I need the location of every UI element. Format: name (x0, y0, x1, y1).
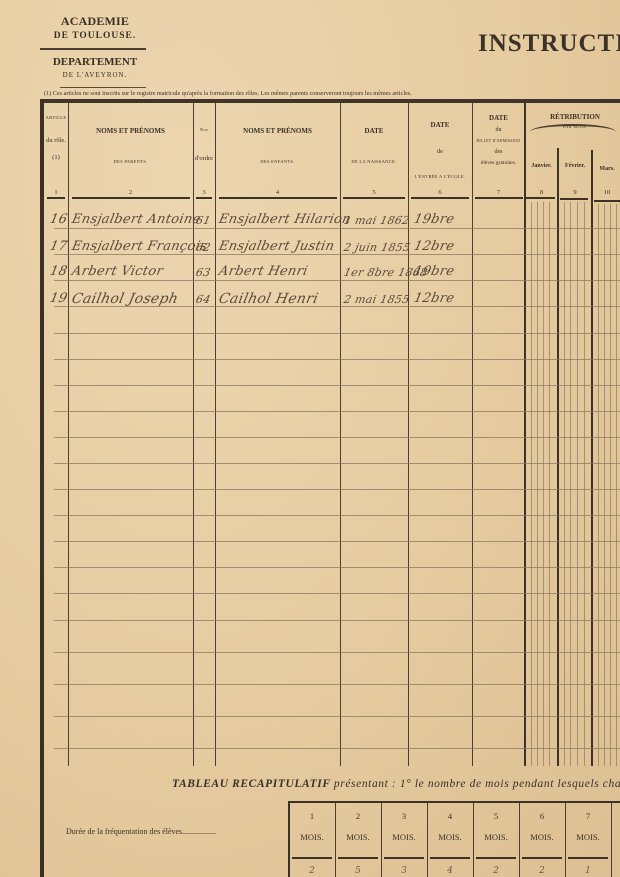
academie-heading: ACADEMIE (40, 14, 150, 29)
month-value: 4 (428, 866, 472, 876)
departement-heading: DEPARTEMENT (40, 56, 150, 68)
col-ordre-sub: d'ordre (193, 155, 215, 162)
cell-enfant: Cailhol Henri (217, 291, 319, 307)
col-num: 1 (44, 189, 68, 196)
recap-title-rest: présentant : 1° le nombre de mois pendan… (334, 778, 620, 790)
month-value: 3 (382, 866, 426, 876)
document-title: INSTRUCTION (478, 30, 620, 58)
divider (60, 87, 146, 88)
cell-naissance: 2 mai 1855 (343, 293, 411, 306)
divider (40, 48, 146, 50)
cell-ordre: 61 (195, 214, 212, 227)
divider (411, 197, 469, 199)
month-cell: 1MOIS. (290, 812, 334, 841)
col-parents-header: NOMS ET PRÉNOMS DES PARENTS. (68, 128, 193, 165)
col-num: 6 (408, 189, 472, 196)
col-article-sub: du rôle. (1) (44, 133, 68, 167)
recap-title-main: TABLEAU RECAPITULATIF (172, 778, 330, 790)
month-value: 2 (520, 866, 564, 876)
cell-enfant: Arbert Henri (217, 264, 309, 279)
cell-parent: Ensjalbert François (70, 239, 208, 254)
col-naissance-header: DATE DE LA NAISSANCE. (340, 128, 408, 165)
divider (525, 197, 555, 199)
col-article-label: ARTICLE (44, 116, 68, 121)
month-value: 2 (290, 866, 334, 876)
col-article-header: ARTICLE du rôle. (1) (44, 116, 68, 167)
col-num: 4 (215, 189, 340, 196)
col-enfants-header: NOMS ET PRÉNOMS DES ENFANTS. (215, 128, 340, 165)
month-cell: 6MOIS. (520, 812, 564, 841)
cell-article: 17 (48, 239, 68, 254)
cell-article: 18 (48, 264, 68, 279)
col-naissance-sub: DE LA NAISSANCE. (340, 160, 408, 165)
col-billet-header: DATE du BILLET D'ADMISSION des élèves gr… (472, 115, 525, 166)
divider (594, 200, 620, 202)
month-value: 1 (566, 866, 610, 876)
cell-parent: Cailhol Joseph (70, 291, 179, 307)
divider (196, 197, 212, 199)
divider (47, 197, 65, 199)
cell-enfant: Ensjalbert Hilarion (217, 212, 352, 227)
month-cell: 7MOIS. (566, 812, 610, 841)
table-top-border (40, 99, 620, 103)
col-ordre-label: Nos (193, 128, 215, 133)
col-num: 7 (472, 189, 525, 196)
cell-entree: 19bre (412, 264, 455, 279)
academie-subheading: DE TOULOUSE. (40, 31, 150, 41)
cell-entree: 12bre (412, 239, 455, 254)
cell-ordre: 64 (195, 293, 212, 306)
cell-ordre: 63 (195, 266, 212, 279)
cell-naissance: 1 mai 1862 (343, 214, 411, 227)
col-enfants-label: NOMS ET PRÉNOMS (215, 128, 340, 136)
recap-title: TABLEAU RECAPITULATIF présentant : 1° le… (172, 778, 620, 790)
departement-subheading: DE L'AVEYRON. (40, 71, 150, 79)
col-entree-header: DATE de L'ENTRÉE A L'ÉCOLE. (408, 122, 472, 180)
col-billet-sub3: élèves gratuites. (472, 160, 525, 166)
col-num: 8 (525, 189, 558, 196)
col-billet-label: DATE (472, 115, 525, 123)
cell-entree: 12bre (412, 291, 455, 306)
col-parents-label: NOMS ET PRÉNOMS (68, 128, 193, 136)
divider (475, 197, 523, 199)
month-value: 5 (336, 866, 380, 876)
col-billet-sub2: des (472, 149, 525, 156)
month-cell: 2MOIS. (336, 812, 380, 841)
divider (343, 197, 405, 199)
col-ordre-header: Nos d'ordre (193, 128, 215, 162)
month-cell: 3MOIS. (382, 812, 426, 841)
month-value: 2 (474, 866, 518, 876)
cell-parent: Arbert Victor (70, 264, 164, 279)
footnote: (1) Ces articles ne sont inscrits sur le… (44, 90, 412, 97)
col-entree-mid: de (408, 148, 472, 155)
cell-naissance: 2 juin 1855 (343, 241, 412, 254)
month-cell: 5MOIS. (474, 812, 518, 841)
col-mars-header: Mars. (592, 166, 620, 173)
col-num: 3 (193, 189, 215, 196)
col-parents-sub: DES PARENTS. (68, 160, 193, 165)
col-entree-label: DATE (408, 122, 472, 130)
cell-ordre: 62 (195, 241, 212, 254)
col-janvier-header: Janvier. (525, 163, 558, 170)
col-num: 10 (592, 189, 620, 196)
cell-parent: Ensjalbert Antoine (70, 212, 202, 227)
col-num: 2 (68, 189, 193, 196)
col-num: 5 (340, 189, 408, 196)
duree-label: Durée de la fréquentation des élèves....… (66, 827, 216, 836)
table-left-border (40, 99, 44, 877)
cell-entree: 19bre (412, 212, 455, 227)
col-billet-mid: du (472, 127, 525, 134)
divider (560, 198, 588, 200)
col-enfants-sub: DES ENFANTS. (215, 160, 340, 165)
col-num: 9 (558, 189, 592, 196)
col-fevrier-header: Février. (558, 163, 592, 170)
col-billet-sub1: BILLET D'ADMISSION (472, 139, 525, 143)
divider (219, 197, 337, 199)
col-entree-sub: L'ENTRÉE A L'ÉCOLE. (408, 175, 472, 180)
cell-enfant: Ensjalbert Justin (217, 239, 335, 254)
cell-article: 16 (48, 212, 68, 227)
month-cell: 4MOIS. (428, 812, 472, 841)
cell-article: 19 (48, 291, 68, 306)
retribution-label: RÉTRIBUTION (525, 114, 620, 122)
col-naissance-label: DATE (340, 128, 408, 136)
divider (72, 197, 190, 199)
